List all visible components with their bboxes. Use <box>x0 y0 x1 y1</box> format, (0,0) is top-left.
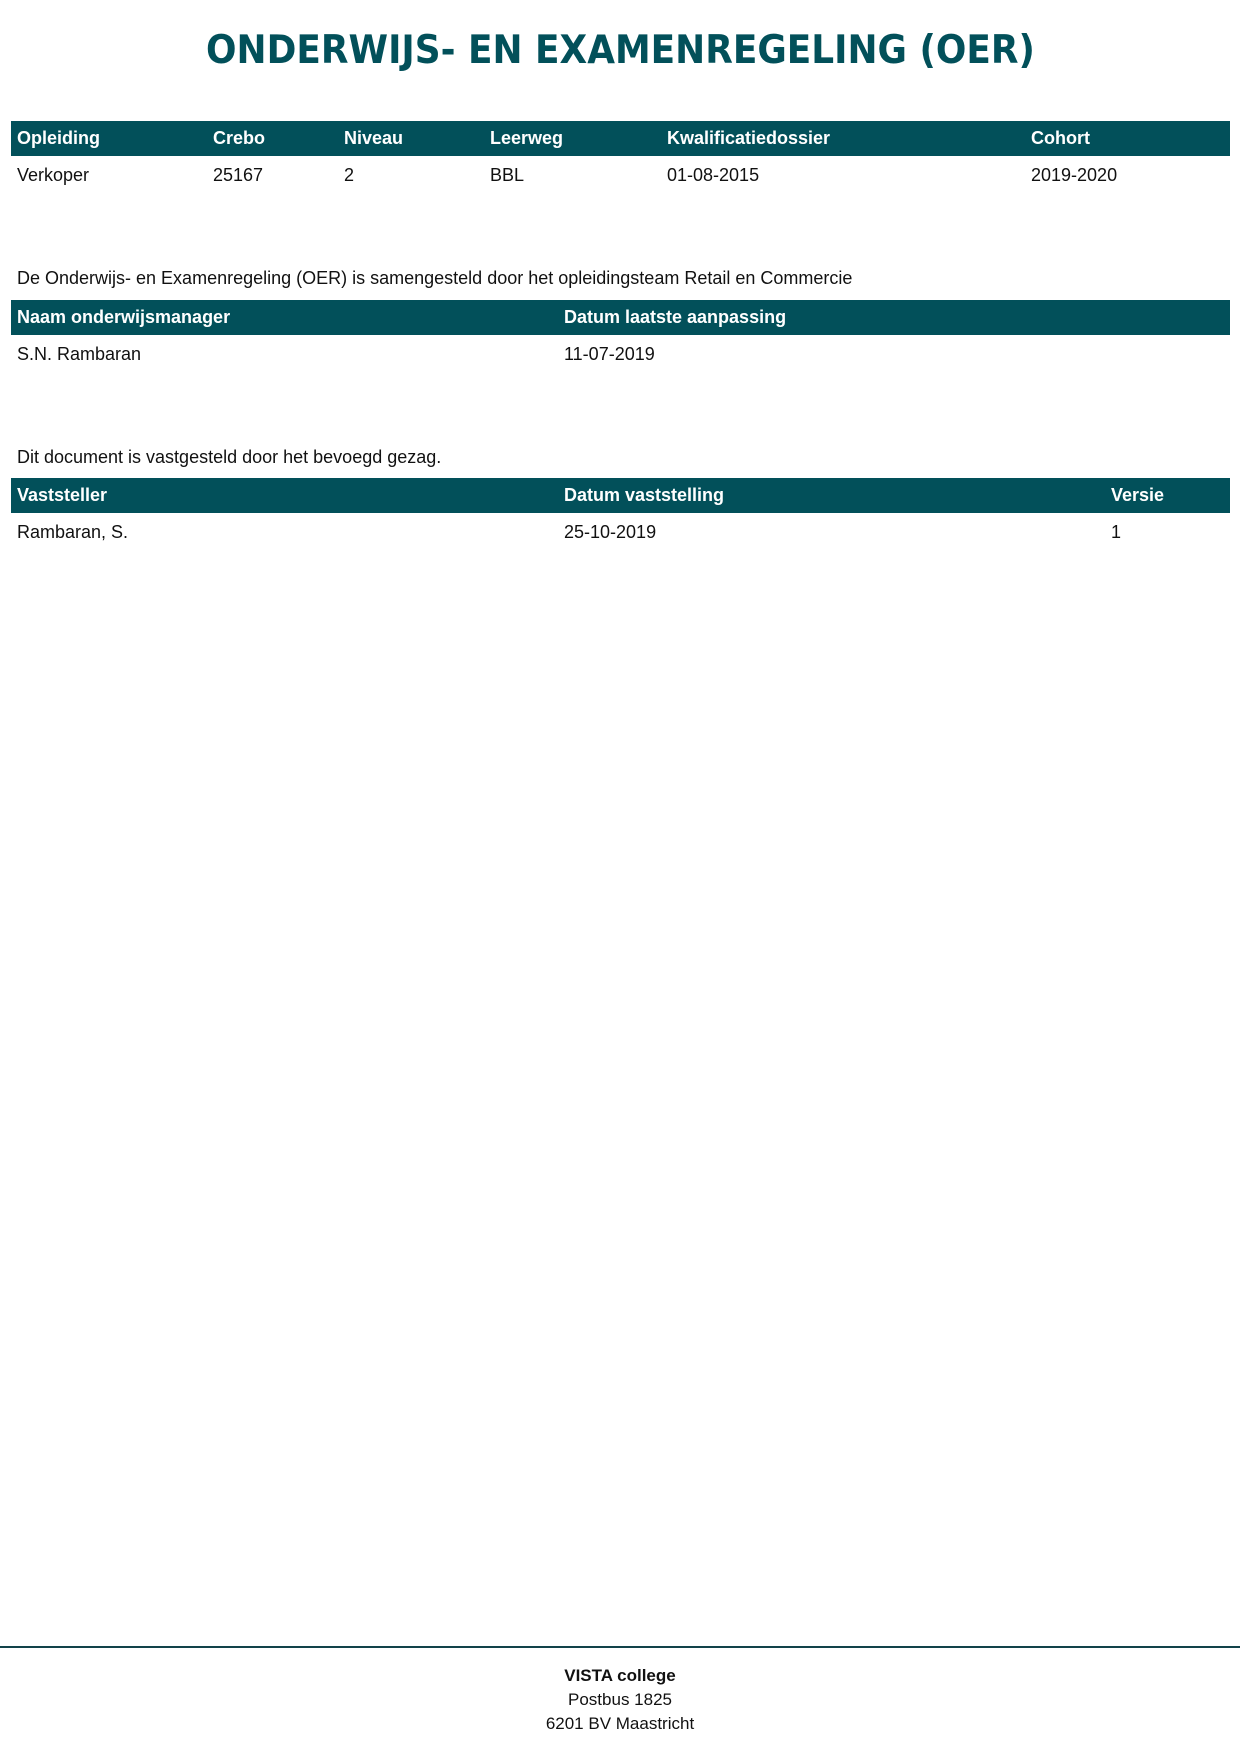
approval-intro: Dit document is vastgesteld door het bev… <box>17 446 441 468</box>
table-header-row: Opleiding Crebo Niveau Leerweg Kwalifica… <box>11 121 1230 156</box>
column-header-versie: Versie <box>1105 478 1230 513</box>
composition-intro: De Onderwijs- en Examenregeling (OER) is… <box>17 267 852 289</box>
column-header-opleiding: Opleiding <box>11 121 207 156</box>
page-footer: VISTA college Postbus 1825 6201 BV Maast… <box>0 1664 1240 1736</box>
program-info-table: Opleiding Crebo Niveau Leerweg Kwalifica… <box>11 121 1230 194</box>
cell-cohort: 2019-2020 <box>1025 156 1230 194</box>
table-row: Verkoper 25167 2 BBL 01-08-2015 2019-202… <box>11 156 1230 194</box>
cell-datum-vaststelling: 25-10-2019 <box>558 513 1105 551</box>
column-header-naam-onderwijsmanager: Naam onderwijsmanager <box>11 300 558 335</box>
footer-address-line2: 6201 BV Maastricht <box>0 1712 1240 1736</box>
column-header-datum-laatste-aanpassing: Datum laatste aanpassing <box>558 300 1230 335</box>
table-header-row: Vaststeller Datum vaststelling Versie <box>11 478 1230 513</box>
cell-opleiding: Verkoper <box>11 156 207 194</box>
column-header-leerweg: Leerweg <box>484 121 661 156</box>
footer-divider <box>0 1646 1240 1648</box>
column-header-cohort: Cohort <box>1025 121 1230 156</box>
table-row: S.N. Rambaran 11-07-2019 <box>11 335 1230 373</box>
column-header-niveau: Niveau <box>338 121 484 156</box>
cell-crebo: 25167 <box>207 156 338 194</box>
cell-versie: 1 <box>1105 513 1230 551</box>
table-header-row: Naam onderwijsmanager Datum laatste aanp… <box>11 300 1230 335</box>
cell-niveau: 2 <box>338 156 484 194</box>
column-header-vaststeller: Vaststeller <box>11 478 558 513</box>
footer-address-line1: Postbus 1825 <box>0 1688 1240 1712</box>
page-title: ONDERWIJS- EN EXAMENREGELING (OER) <box>0 26 1240 76</box>
cell-leerweg: BBL <box>484 156 661 194</box>
approval-table: Vaststeller Datum vaststelling Versie Ra… <box>11 478 1230 551</box>
composition-table: Naam onderwijsmanager Datum laatste aanp… <box>11 300 1230 373</box>
column-header-kwalificatiedossier: Kwalificatiedossier <box>661 121 1025 156</box>
cell-naam-onderwijsmanager: S.N. Rambaran <box>11 335 558 373</box>
column-header-crebo: Crebo <box>207 121 338 156</box>
column-header-datum-vaststelling: Datum vaststelling <box>558 478 1105 513</box>
cell-vaststeller: Rambaran, S. <box>11 513 558 551</box>
cell-kwalificatiedossier: 01-08-2015 <box>661 156 1025 194</box>
footer-organization: VISTA college <box>0 1664 1240 1688</box>
page-title-text: ONDERWIJS- EN EXAMENREGELING (OER) <box>206 26 1035 76</box>
table-row: Rambaran, S. 25-10-2019 1 <box>11 513 1230 551</box>
cell-datum-laatste-aanpassing: 11-07-2019 <box>558 335 1230 373</box>
